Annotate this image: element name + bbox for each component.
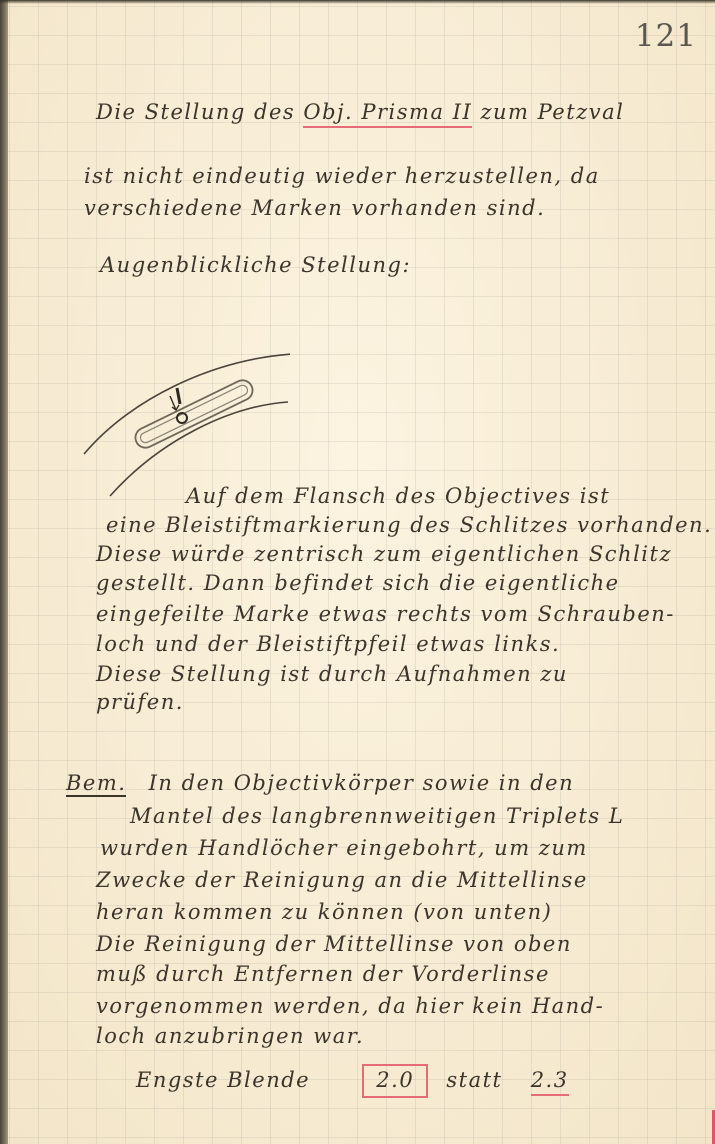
remark-label: Bem.: [66, 771, 126, 797]
paragraph-2-line-1: Auf dem Flansch des Objectives ist: [186, 484, 610, 508]
page-number: 121: [635, 18, 697, 54]
remark-line-7: muß durch Entfernen der Vorderlinse: [96, 962, 550, 986]
red-underlined-text: Obj. Prisma II: [303, 100, 472, 128]
remark-line-5: heran kommen zu können (von unten): [96, 900, 552, 924]
text-segment: Die Stellung des: [96, 100, 295, 124]
file-mark-icon: [177, 388, 180, 404]
paragraph-2-line-4: gestellt. Dann befindet sich die eigentl…: [96, 571, 620, 595]
paragraph-2-line-2: eine Bleistiftmarkierung des Schlitzes v…: [106, 513, 712, 537]
aperture-note: Engste Blende 2.0 statt 2.3: [136, 1064, 569, 1098]
aperture-label: Engste Blende: [136, 1068, 310, 1092]
remark-line-9: loch anzubringen war.: [96, 1024, 364, 1048]
notebook-page: 121 Die Stellung des Obj. Prisma II zum …: [0, 0, 715, 1144]
paragraph-1-line-2: ist nicht eindeutig wieder herzustellen,…: [84, 164, 600, 188]
paragraph-2-line-8: prüfen.: [96, 690, 184, 714]
paragraph-2-line-5: eingefeilte Marke etwas rechts vom Schra…: [96, 602, 675, 626]
text-segment: zum Petzval: [480, 100, 624, 124]
remark-line-3: wurden Handlöcher eingebohrt, um zum: [100, 836, 588, 860]
text-segment: statt: [446, 1068, 502, 1092]
paragraph-2-line-6: loch und der Bleistiftpfeil etwas links.: [96, 632, 560, 656]
boxed-aperture-value: 2.0: [362, 1064, 428, 1098]
notebook-binding: [0, 0, 8, 1144]
paragraph-2-line-3: Diese würde zentrisch zum eigentlichen S…: [96, 542, 672, 566]
remark-line-8: vorgenommen werden, da hier kein Hand-: [96, 994, 604, 1018]
remark-line-1: Bem. In den Objectivkörper sowie in den: [66, 771, 574, 795]
paragraph-1-line-3: verschiedene Marken vorhanden sind.: [84, 196, 545, 220]
heading-current-position: Augenblickliche Stellung:: [100, 253, 411, 277]
remark-line-2: Mantel des langbrennweitigen Triplets L: [130, 804, 624, 828]
remark-line-6: Die Reinigung der Mittellinse von oben: [96, 932, 572, 956]
flange-outer-arc: [84, 354, 290, 454]
paragraph-2-line-7: Diese Stellung ist durch Aufnahmen zu: [96, 662, 568, 686]
text-segment: In den Objectivkörper sowie in den: [149, 771, 574, 795]
underlined-aperture-value: 2.3: [531, 1068, 569, 1096]
flange-slot-sketch: [70, 350, 290, 500]
page-top-shadow: [0, 0, 715, 4]
flange-inner-arc: [110, 402, 288, 496]
remark-line-4: Zwecke der Reinigung an die Mittellinse: [96, 868, 588, 892]
slot-shape: [132, 377, 256, 451]
paragraph-1-line-1: Die Stellung des Obj. Prisma II zum Petz…: [96, 100, 624, 124]
